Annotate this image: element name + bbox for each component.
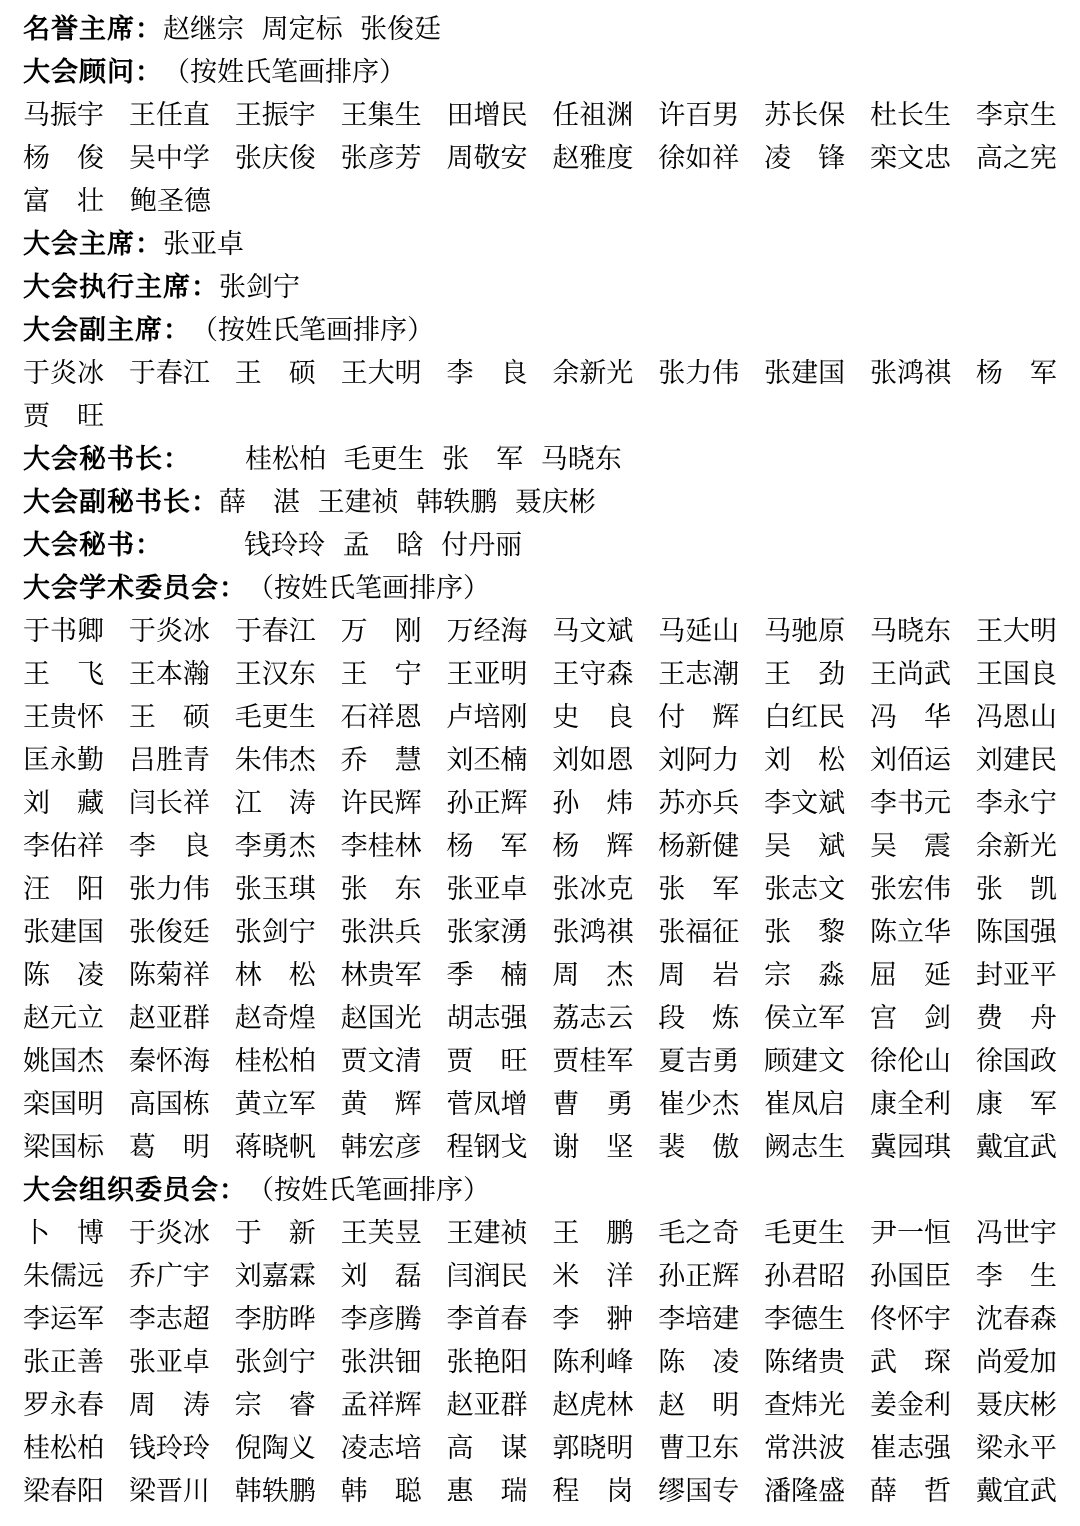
person-name: 赵奇煌 xyxy=(235,996,316,1035)
person-name: 刘如恩 xyxy=(552,738,633,777)
person-name: 韩 聪 xyxy=(341,1469,422,1508)
person-name: 张正善 xyxy=(23,1340,104,1379)
person-name: 杨 辉 xyxy=(552,824,633,863)
deputy-secretary-general-line: 大会副秘书长：薛 湛 王建祯 韩轶鹏 聂庆彬 xyxy=(23,478,1057,521)
person-name: 林 松 xyxy=(235,953,316,992)
person-name: 梁晋川 xyxy=(129,1469,210,1508)
person-name: 张志文 xyxy=(764,867,845,906)
person-name: 葛 明 xyxy=(129,1125,210,1164)
person-name: 屈 延 xyxy=(870,953,951,992)
organizing-committee-names-row: 朱儒远乔广宇刘嘉霖刘 磊闫润民米 洋孙正辉孙君昭孙国臣李 生 xyxy=(23,1252,1057,1295)
person-name: 张 东 xyxy=(341,867,422,906)
person-name: 张 军 xyxy=(658,867,739,906)
person-name: 桂松柏 xyxy=(23,1426,104,1465)
person-name: 李 翀 xyxy=(552,1297,633,1336)
person-name: 王本瀚 xyxy=(129,652,210,691)
person-name: 赵雅度 xyxy=(552,136,633,175)
conference-advisors-names-row: 杨 俊吴中学张庆俊张彦芳周敬安赵雅度徐如祥凌 锋栾文忠高之宪 xyxy=(23,134,1057,177)
person-name: 匡永勤 xyxy=(23,738,104,777)
person-name: 王 硕 xyxy=(129,695,210,734)
person-name: 李首春 xyxy=(447,1297,528,1336)
person-name: 王建祯 xyxy=(447,1211,528,1250)
academic-committee-names-row: 梁国标葛 明蒋晓帆韩宏彦程钢戈谢 坚裴 傲阙志生冀园琪戴宜武 xyxy=(23,1123,1057,1166)
person-name: 赵元立 xyxy=(23,996,104,1035)
section-value: 张剑宁 xyxy=(219,265,300,304)
secretary-general-line: 大会秘书长： 桂松柏 毛更生 张 军 马晓东 xyxy=(23,435,1057,478)
person-name: 李彦腾 xyxy=(341,1297,422,1336)
academic-committee-names-row: 陈 凌陈菊祥林 松林贵军季 楠周 杰周 岩宗 淼屈 延封亚平 xyxy=(23,951,1057,994)
person-name: 杨 军 xyxy=(447,824,528,863)
person-name: 沈春森 xyxy=(976,1297,1057,1336)
person-name: 郭晓明 xyxy=(552,1426,633,1465)
person-name: 倪陶义 xyxy=(235,1426,316,1465)
person-name: 宫 剑 xyxy=(870,996,951,1035)
person-name: 田增民 xyxy=(447,93,528,132)
person-name: 韩宏彦 xyxy=(341,1125,422,1164)
person-name: 石祥恩 xyxy=(341,695,422,734)
person-name: 马晓东 xyxy=(870,609,951,648)
person-name: 夏吉勇 xyxy=(658,1039,739,1078)
person-name: 李京生 xyxy=(976,93,1057,132)
conference-advisors-names-row: 富 壮鲍圣德 xyxy=(23,177,1057,220)
organizing-committee-names-row: 梁春阳梁晋川韩轶鹏韩 聪惠 瑞程 岗缪国专潘隆盛薛 哲戴宜武 xyxy=(23,1467,1057,1510)
person-name: 刘 藏 xyxy=(23,781,104,820)
section-label: 大会秘书长： xyxy=(23,437,191,476)
person-name: 崔志强 xyxy=(870,1426,951,1465)
person-name: 杨 俊 xyxy=(23,136,104,175)
person-name: 张力伟 xyxy=(658,351,739,390)
person-name: 米 洋 xyxy=(552,1254,633,1293)
person-name: 张 凯 xyxy=(976,867,1057,906)
person-name: 卜 博 xyxy=(23,1211,104,1250)
person-name: 高 谋 xyxy=(447,1426,528,1465)
secretaries-line: 大会秘书： 钱玲玲 孟 晗 付丹丽 xyxy=(23,521,1057,564)
person-name: 李运军 xyxy=(23,1297,104,1336)
document-page: 名誉主席：赵继宗 周定标 张俊廷大会顾问：（按姓氏笔画排序）马振宇王任直王振宇王… xyxy=(0,0,1080,1510)
academic-committee-line: 大会学术委员会：（按姓氏笔画排序） xyxy=(23,564,1057,607)
person-name: 高之宪 xyxy=(976,136,1057,175)
person-name: 阙志生 xyxy=(764,1125,845,1164)
person-name: 赵 明 xyxy=(658,1383,739,1422)
section-value: （按姓氏笔画排序） xyxy=(163,50,406,89)
person-name: 戴宜武 xyxy=(976,1125,1057,1164)
person-name: 刘 磊 xyxy=(341,1254,422,1293)
section-value: （按姓氏笔画排序） xyxy=(247,566,490,605)
person-name: 凌 锋 xyxy=(764,136,845,175)
person-name: 王 飞 xyxy=(23,652,104,691)
person-name: 孙国臣 xyxy=(870,1254,951,1293)
conference-advisors-names-row: 马振宇王任直王振宇王集生田增民任祖渊许百男苏长保杜长生李京生 xyxy=(23,91,1057,134)
person-name: 周 杰 xyxy=(552,953,633,992)
person-name: 张剑宁 xyxy=(235,1340,316,1379)
person-name: 陈 凌 xyxy=(658,1340,739,1379)
person-name: 康 军 xyxy=(976,1082,1057,1121)
person-name: 杜长生 xyxy=(870,93,951,132)
section-label: 大会学术委员会： xyxy=(23,566,247,605)
person-name: 王亚明 xyxy=(447,652,528,691)
person-name: 凌志培 xyxy=(341,1426,422,1465)
person-name: 钱玲玲 xyxy=(129,1426,210,1465)
person-name: 卢培刚 xyxy=(447,695,528,734)
person-name: 尚爱加 xyxy=(976,1340,1057,1379)
person-name: 杨 军 xyxy=(976,351,1057,390)
person-name: 马振宇 xyxy=(23,93,104,132)
person-name: 武 琛 xyxy=(870,1340,951,1379)
person-name: 冀园琪 xyxy=(870,1125,951,1164)
person-name: 程钢戈 xyxy=(447,1125,528,1164)
person-name: 梁春阳 xyxy=(23,1469,104,1508)
person-name: 陈立华 xyxy=(870,910,951,949)
person-name: 李永宁 xyxy=(976,781,1057,820)
person-name: 李 良 xyxy=(447,351,528,390)
section-label: 大会主席： xyxy=(23,222,163,261)
person-name: 陈 凌 xyxy=(23,953,104,992)
academic-committee-names-row: 刘 藏闫长祥江 涛许民辉孙正辉孙 炜苏亦兵李文斌李书元李永宁 xyxy=(23,779,1057,822)
person-name: 张庆俊 xyxy=(235,136,316,175)
vice-chairmen-names-row: 贾 旺 xyxy=(23,392,1057,435)
section-label: 大会组织委员会： xyxy=(23,1168,247,1207)
person-name: 裴 傲 xyxy=(658,1125,739,1164)
person-name: 鲍圣德 xyxy=(130,179,211,218)
person-name: 曹卫东 xyxy=(658,1426,739,1465)
person-name: 冯 华 xyxy=(870,695,951,734)
person-name: 苏长保 xyxy=(764,93,845,132)
person-name: 张洪兵 xyxy=(341,910,422,949)
vice-chairmen-names-row: 于炎冰于春江王 硕王大明李 良余新光张力伟张建国张鸿祺杨 军 xyxy=(23,349,1057,392)
person-name: 常洪波 xyxy=(764,1426,845,1465)
person-name: 惠 瑞 xyxy=(447,1469,528,1508)
academic-committee-names-row: 赵元立赵亚群赵奇煌赵国光胡志强荔志云段 炼侯立军宫 剑费 舟 xyxy=(23,994,1057,1037)
person-name: 毛之奇 xyxy=(658,1211,739,1250)
executive-chairman-line: 大会执行主席：张剑宁 xyxy=(23,263,1057,306)
person-name: 孙君昭 xyxy=(764,1254,845,1293)
person-name: 林贵军 xyxy=(341,953,422,992)
person-name: 宗 睿 xyxy=(235,1383,316,1422)
person-name: 徐如祥 xyxy=(658,136,739,175)
person-name: 秦怀海 xyxy=(129,1039,210,1078)
person-name: 马延山 xyxy=(658,609,739,648)
vice-chairmen-line: 大会副主席：（按姓氏笔画排序） xyxy=(23,306,1057,349)
person-name: 崔凤启 xyxy=(764,1082,845,1121)
person-name: 余新光 xyxy=(552,351,633,390)
person-name: 付 辉 xyxy=(658,695,739,734)
person-name: 李桂林 xyxy=(341,824,422,863)
person-name: 徐国政 xyxy=(976,1039,1057,1078)
section-value: 赵继宗 周定标 张俊廷 xyxy=(163,7,441,46)
person-name: 刘佰运 xyxy=(870,738,951,777)
person-name: 许民辉 xyxy=(341,781,422,820)
person-name: 张力伟 xyxy=(129,867,210,906)
person-name: 崔少杰 xyxy=(658,1082,739,1121)
person-name: 王汉东 xyxy=(235,652,316,691)
organizing-committee-names-row: 桂松柏钱玲玲倪陶义凌志培高 谋郭晓明曹卫东常洪波崔志强梁永平 xyxy=(23,1424,1057,1467)
person-name: 封亚平 xyxy=(976,953,1057,992)
person-name: 余新光 xyxy=(976,824,1057,863)
person-name: 荔志云 xyxy=(552,996,633,1035)
person-name: 吴 震 xyxy=(870,824,951,863)
academic-committee-names-row: 汪 阳张力伟张玉琪张 东张亚卓张冰克张 军张志文张宏伟张 凯 xyxy=(23,865,1057,908)
academic-committee-names-row: 于书卿于炎冰于春江万 刚万经海马文斌马延山马驰原马晓东王大明 xyxy=(23,607,1057,650)
person-name: 孟祥辉 xyxy=(341,1383,422,1422)
person-name: 张玉琪 xyxy=(235,867,316,906)
person-name: 程 岗 xyxy=(552,1469,633,1508)
person-name: 曹 勇 xyxy=(552,1082,633,1121)
person-name: 贾 旺 xyxy=(447,1039,528,1078)
person-name: 陈绪贵 xyxy=(764,1340,845,1379)
person-name: 查炜光 xyxy=(764,1383,845,1422)
section-value: 薛 湛 王建祯 韩轶鹏 聂庆彬 xyxy=(219,480,596,519)
person-name: 李 生 xyxy=(976,1254,1057,1293)
section-label: 大会顾问： xyxy=(23,50,163,89)
person-name: 史 良 xyxy=(552,695,633,734)
organizing-committee-names-row: 李运军李志超李肪晔李彦腾李首春李 翀李培建李德生佟怀宇沈春森 xyxy=(23,1295,1057,1338)
person-name: 王 宁 xyxy=(341,652,422,691)
academic-committee-names-row: 王 飞王本瀚王汉东王 宁王亚明王守森王志潮王 劲王尚武王国良 xyxy=(23,650,1057,693)
section-label: 大会秘书： xyxy=(23,523,163,562)
person-name: 张建国 xyxy=(764,351,845,390)
section-value: （按姓氏笔画排序） xyxy=(191,308,434,347)
person-name: 王守森 xyxy=(552,652,633,691)
person-name: 高国栋 xyxy=(129,1082,210,1121)
person-name: 罗永春 xyxy=(23,1383,104,1422)
person-name: 赵亚群 xyxy=(129,996,210,1035)
person-name: 赵国光 xyxy=(341,996,422,1035)
person-name: 王集生 xyxy=(341,93,422,132)
person-name: 闫长祥 xyxy=(129,781,210,820)
section-label: 大会执行主席： xyxy=(23,265,219,304)
person-name: 聂庆彬 xyxy=(976,1383,1057,1422)
person-name: 姜金利 xyxy=(870,1383,951,1422)
section-value: 钱玲玲 孟 晗 付丹丽 xyxy=(163,523,522,562)
person-name: 李勇杰 xyxy=(235,824,316,863)
person-name: 陈利峰 xyxy=(552,1340,633,1379)
person-name: 刘嘉霖 xyxy=(235,1254,316,1293)
person-name: 李书元 xyxy=(870,781,951,820)
person-name: 王芙昱 xyxy=(341,1211,422,1250)
section-label: 大会副秘书长： xyxy=(23,480,219,519)
person-name: 任祖渊 xyxy=(552,93,633,132)
person-name: 刘建民 xyxy=(976,738,1057,777)
person-name: 周敬安 xyxy=(447,136,528,175)
person-name: 张鸿祺 xyxy=(870,351,951,390)
person-name: 栾国明 xyxy=(23,1082,104,1121)
person-name: 杨新健 xyxy=(658,824,739,863)
person-name: 马驰原 xyxy=(764,609,845,648)
person-name: 张彦芳 xyxy=(341,136,422,175)
person-name: 毛更生 xyxy=(235,695,316,734)
person-name: 于炎冰 xyxy=(129,609,210,648)
person-name: 韩轶鹏 xyxy=(235,1469,316,1508)
organizing-committee-line: 大会组织委员会：（按姓氏笔画排序） xyxy=(23,1166,1057,1209)
person-name: 白红民 xyxy=(764,695,845,734)
person-name: 朱伟杰 xyxy=(235,738,316,777)
person-name: 李培建 xyxy=(658,1297,739,1336)
person-name: 李佑祥 xyxy=(23,824,104,863)
person-name: 苏亦兵 xyxy=(658,781,739,820)
section-value: （按姓氏笔画排序） xyxy=(247,1168,490,1207)
person-name: 佟怀宇 xyxy=(870,1297,951,1336)
person-name: 李德生 xyxy=(764,1297,845,1336)
person-name: 王志潮 xyxy=(658,652,739,691)
person-name: 吴中学 xyxy=(129,136,210,175)
person-name: 赵亚群 xyxy=(447,1383,528,1422)
person-name: 闫润民 xyxy=(447,1254,528,1293)
person-name: 谢 坚 xyxy=(552,1125,633,1164)
person-name: 张 黎 xyxy=(764,910,845,949)
person-name: 王 鹏 xyxy=(552,1211,633,1250)
conference-advisors-line: 大会顾问：（按姓氏笔画排序） xyxy=(23,48,1057,91)
person-name: 顾建文 xyxy=(764,1039,845,1078)
person-name: 于 新 xyxy=(235,1211,316,1250)
person-name: 段 炼 xyxy=(658,996,739,1035)
person-name: 汪 阳 xyxy=(23,867,104,906)
organizing-committee-names-row: 卜 博于炎冰于 新王芙昱王建祯王 鹏毛之奇毛更生尹一恒冯世宇 xyxy=(23,1209,1057,1252)
person-name: 姚国杰 xyxy=(23,1039,104,1078)
conference-chairman-line: 大会主席：张亚卓 xyxy=(23,220,1057,263)
person-name: 于炎冰 xyxy=(23,351,104,390)
person-name: 孙正辉 xyxy=(447,781,528,820)
person-name: 毛更生 xyxy=(764,1211,845,1250)
person-name: 王国良 xyxy=(976,652,1057,691)
person-name: 徐伦山 xyxy=(870,1039,951,1078)
person-name: 张家湧 xyxy=(447,910,528,949)
person-name: 孙 炜 xyxy=(552,781,633,820)
person-name: 赵虎林 xyxy=(552,1383,633,1422)
person-name: 王 劲 xyxy=(764,652,845,691)
person-name: 梁永平 xyxy=(976,1426,1057,1465)
person-name: 冯恩山 xyxy=(976,695,1057,734)
person-name: 缪国专 xyxy=(658,1469,739,1508)
person-name: 蒋晓帆 xyxy=(235,1125,316,1164)
person-name: 张亚卓 xyxy=(129,1340,210,1379)
academic-committee-names-row: 张建国张俊廷张剑宁张洪兵张家湧张鸿祺张福征张 黎陈立华陈国强 xyxy=(23,908,1057,951)
person-name: 张剑宁 xyxy=(235,910,316,949)
person-name: 潘隆盛 xyxy=(764,1469,845,1508)
person-name: 许百男 xyxy=(658,93,739,132)
person-name: 胡志强 xyxy=(447,996,528,1035)
person-name: 李 良 xyxy=(129,824,210,863)
person-name: 贾桂军 xyxy=(552,1039,633,1078)
person-name: 于春江 xyxy=(129,351,210,390)
person-name: 冯世宇 xyxy=(976,1211,1057,1250)
person-name: 菅凤增 xyxy=(447,1082,528,1121)
person-name: 刘 松 xyxy=(764,738,845,777)
person-name: 乔 慧 xyxy=(341,738,422,777)
person-name: 黄 辉 xyxy=(341,1082,422,1121)
person-name: 周 岩 xyxy=(658,953,739,992)
person-name: 王贵怀 xyxy=(23,695,104,734)
person-name: 侯立军 xyxy=(764,996,845,1035)
academic-committee-names-row: 王贵怀王 硕毛更生石祥恩卢培刚史 良付 辉白红民冯 华冯恩山 xyxy=(23,693,1057,736)
honorary-chairmen-line: 名誉主席：赵继宗 周定标 张俊廷 xyxy=(23,5,1057,48)
person-name: 陈国强 xyxy=(976,910,1057,949)
person-name: 吴 斌 xyxy=(764,824,845,863)
section-value: 张亚卓 xyxy=(163,222,244,261)
person-name: 梁国标 xyxy=(23,1125,104,1164)
academic-committee-names-row: 姚国杰秦怀海桂松柏贾文清贾 旺贾桂军夏吉勇顾建文徐伦山徐国政 xyxy=(23,1037,1057,1080)
section-label: 大会副主席： xyxy=(23,308,191,347)
person-name: 王大明 xyxy=(976,609,1057,648)
person-name: 王振宇 xyxy=(235,93,316,132)
person-name: 刘阿力 xyxy=(658,738,739,777)
person-name: 江 涛 xyxy=(235,781,316,820)
organizing-committee-names-row: 罗永春周 涛宗 睿孟祥辉赵亚群赵虎林赵 明查炜光姜金利聂庆彬 xyxy=(23,1381,1057,1424)
person-name: 贾 旺 xyxy=(23,394,104,433)
person-name: 王尚武 xyxy=(870,652,951,691)
person-name: 季 楠 xyxy=(447,953,528,992)
person-name: 马文斌 xyxy=(552,609,633,648)
person-name: 张亚卓 xyxy=(447,867,528,906)
person-name: 薛 哲 xyxy=(870,1469,951,1508)
person-name: 富 壮 xyxy=(23,179,104,218)
person-name: 费 舟 xyxy=(976,996,1057,1035)
section-label: 名誉主席： xyxy=(23,7,163,46)
person-name: 王大明 xyxy=(341,351,422,390)
person-name: 于炎冰 xyxy=(129,1211,210,1250)
person-name: 万 刚 xyxy=(341,609,422,648)
section-value: 桂松柏 毛更生 张 军 马晓东 xyxy=(191,437,622,476)
person-name: 黄立军 xyxy=(235,1082,316,1121)
person-name: 宗 淼 xyxy=(764,953,845,992)
person-name: 栾文忠 xyxy=(870,136,951,175)
person-name: 张俊廷 xyxy=(129,910,210,949)
person-name: 张福征 xyxy=(658,910,739,949)
person-name: 戴宜武 xyxy=(976,1469,1057,1508)
organizing-committee-names-row: 张正善张亚卓张剑宁张洪钿张艳阳陈利峰陈 凌陈绪贵武 琛尚爱加 xyxy=(23,1338,1057,1381)
person-name: 李肪晔 xyxy=(235,1297,316,1336)
person-name: 贾文清 xyxy=(341,1039,422,1078)
person-name: 刘丕楠 xyxy=(447,738,528,777)
person-name: 乔广宇 xyxy=(129,1254,210,1293)
person-name: 张洪钿 xyxy=(341,1340,422,1379)
academic-committee-names-row: 李佑祥李 良李勇杰李桂林杨 军杨 辉杨新健吴 斌吴 震余新光 xyxy=(23,822,1057,865)
person-name: 于春江 xyxy=(235,609,316,648)
person-name: 陈菊祥 xyxy=(129,953,210,992)
person-name: 吕胜青 xyxy=(129,738,210,777)
person-name: 张建国 xyxy=(23,910,104,949)
person-name: 张冰克 xyxy=(552,867,633,906)
person-name: 康全利 xyxy=(870,1082,951,1121)
academic-committee-names-row: 匡永勤吕胜青朱伟杰乔 慧刘丕楠刘如恩刘阿力刘 松刘佰运刘建民 xyxy=(23,736,1057,779)
person-name: 张宏伟 xyxy=(870,867,951,906)
person-name: 万经海 xyxy=(447,609,528,648)
person-name: 王 硕 xyxy=(235,351,316,390)
person-name: 李文斌 xyxy=(764,781,845,820)
academic-committee-names-row: 栾国明高国栋黄立军黄 辉菅凤增曹 勇崔少杰崔凤启康全利康 军 xyxy=(23,1080,1057,1123)
person-name: 张鸿祺 xyxy=(552,910,633,949)
person-name: 于书卿 xyxy=(23,609,104,648)
person-name: 孙正辉 xyxy=(658,1254,739,1293)
person-name: 张艳阳 xyxy=(447,1340,528,1379)
person-name: 朱儒远 xyxy=(23,1254,104,1293)
person-name: 尹一恒 xyxy=(870,1211,951,1250)
person-name: 李志超 xyxy=(129,1297,210,1336)
person-name: 王任直 xyxy=(129,93,210,132)
person-name: 桂松柏 xyxy=(235,1039,316,1078)
person-name: 周 涛 xyxy=(129,1383,210,1422)
